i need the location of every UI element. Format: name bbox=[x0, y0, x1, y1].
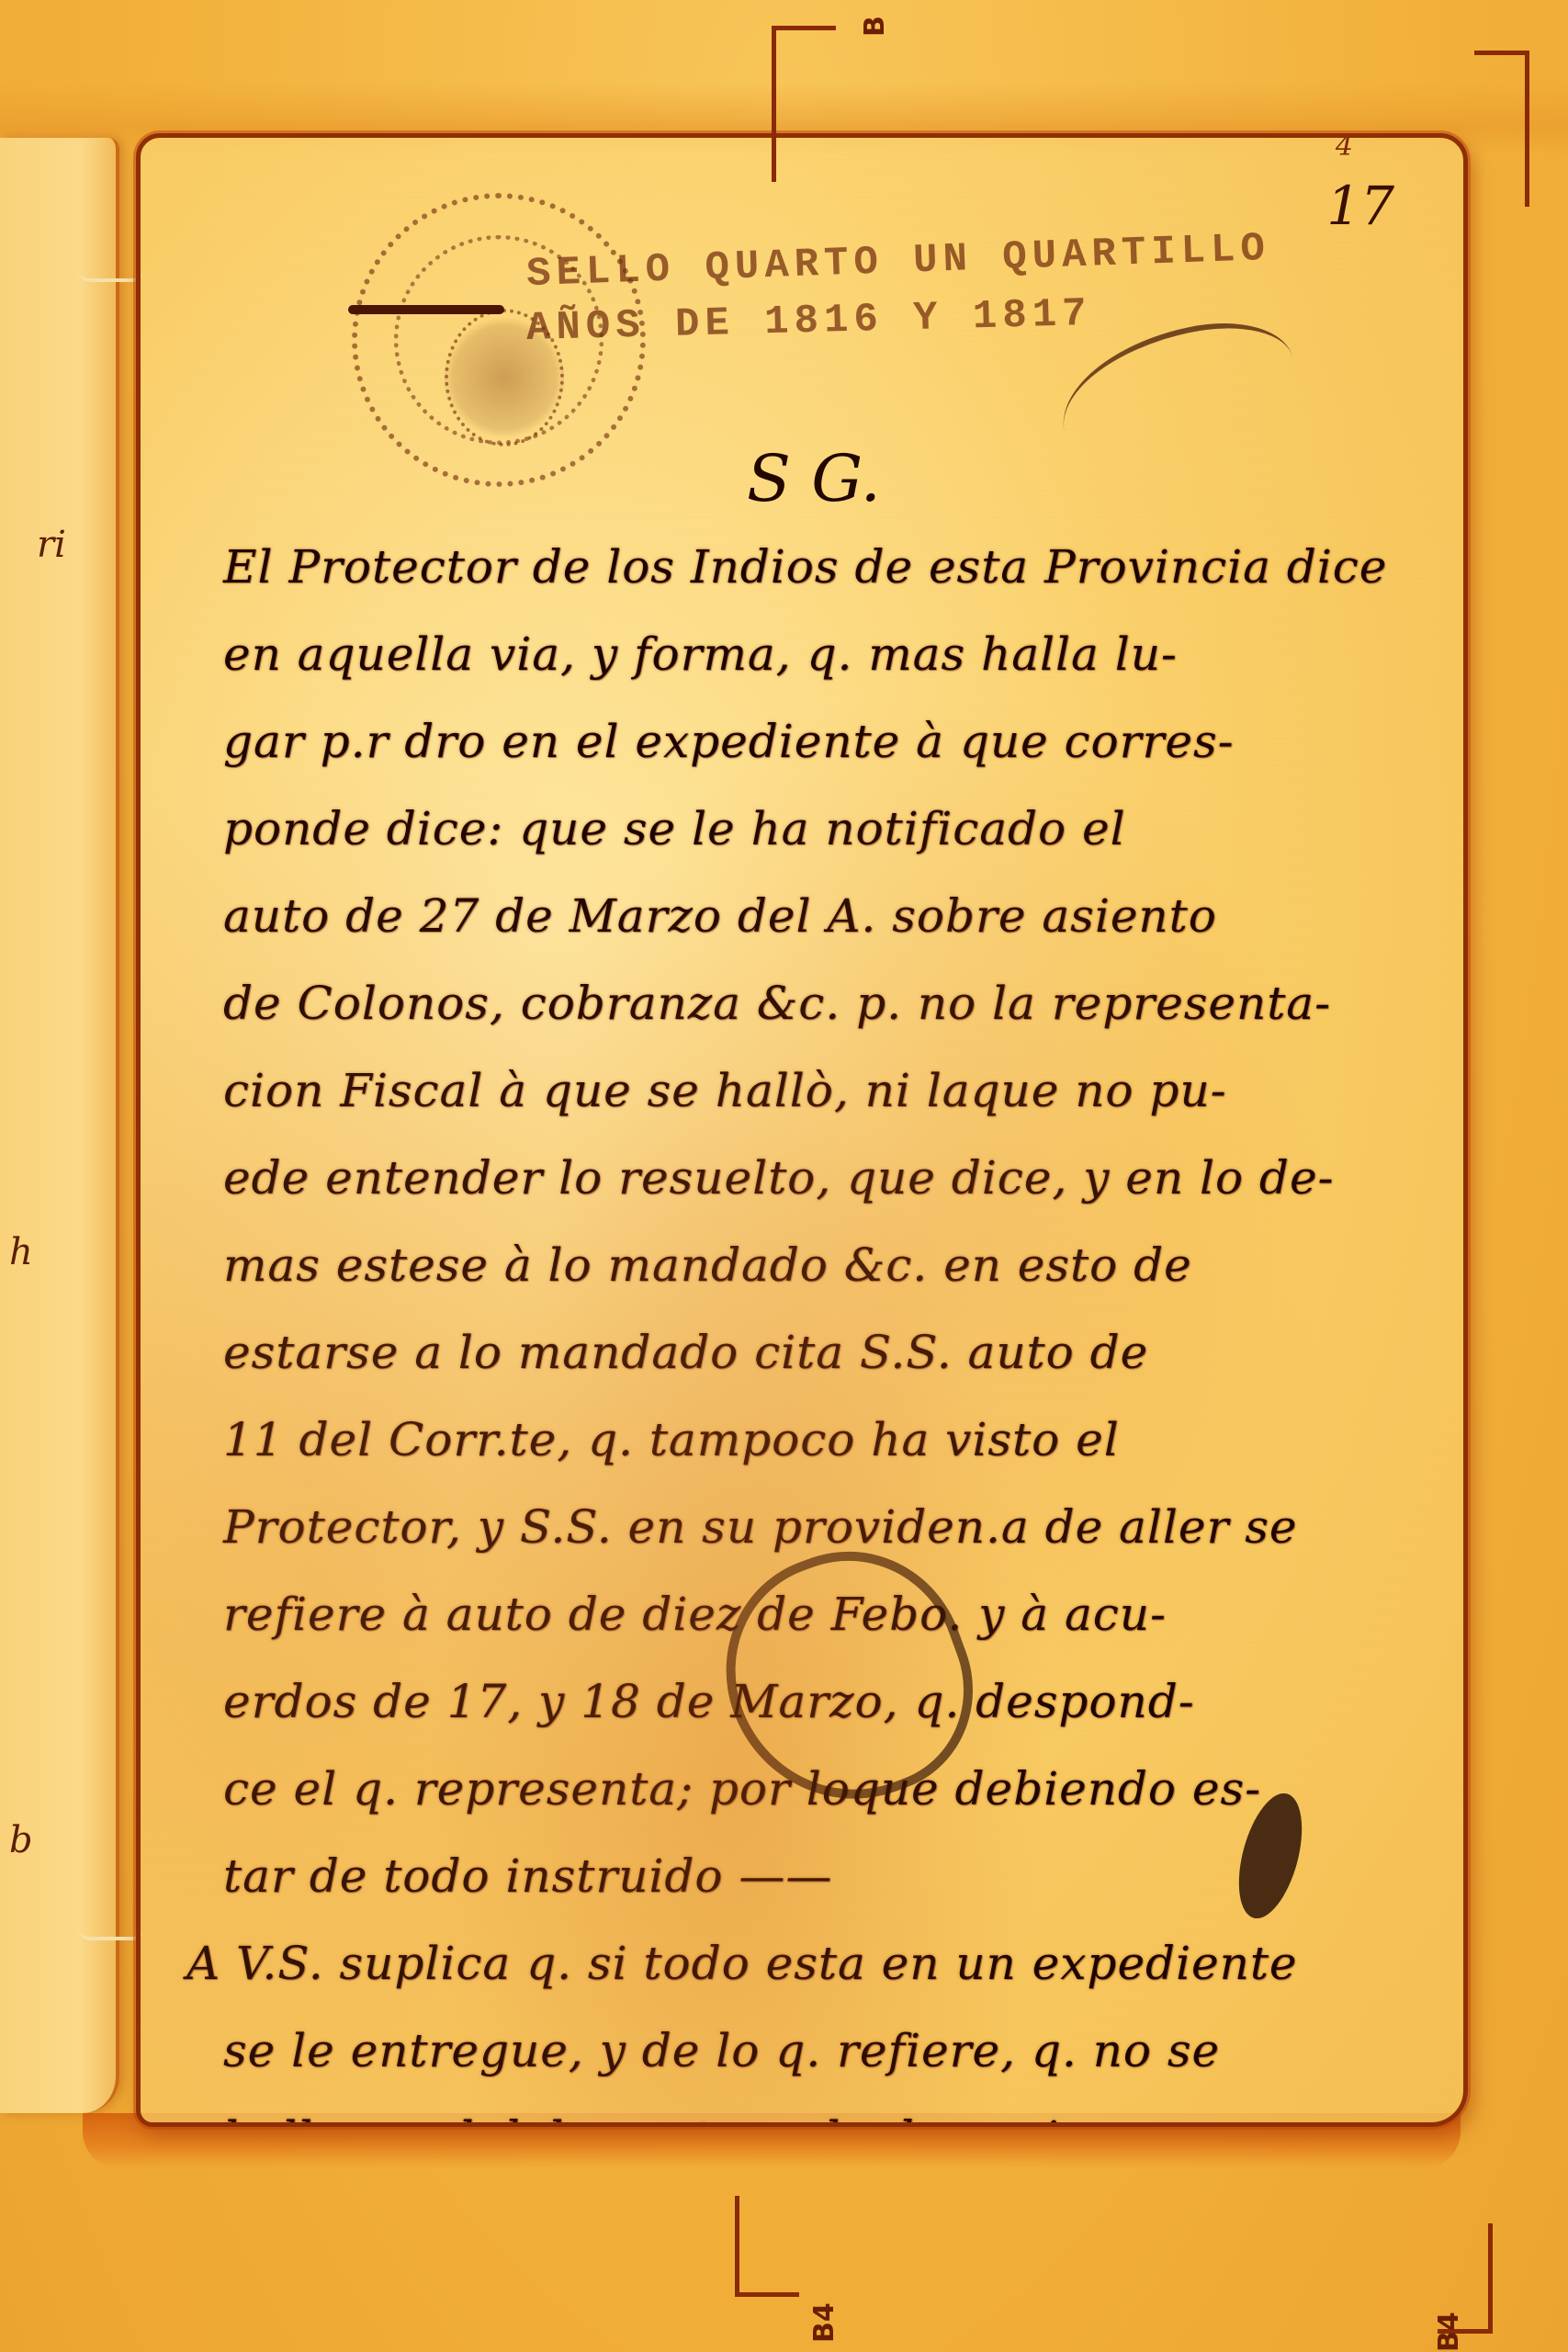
edge-number: 4 bbox=[1336, 133, 1353, 163]
text-line: 11 del Corr.te, q. tampoco ha visto el bbox=[223, 1396, 1417, 1484]
binding-stitch bbox=[79, 1929, 143, 1940]
crop-label-top: B bbox=[859, 16, 891, 37]
crop-mark-top-right bbox=[1474, 51, 1529, 207]
crop-mark-top-left bbox=[772, 26, 836, 182]
seal-ink-bar bbox=[348, 305, 504, 314]
crop-label-bottom-right: B4 bbox=[1433, 2312, 1465, 2352]
salutation-heading: S G. bbox=[747, 441, 881, 516]
text-line: en aquella via, y forma, q. mas halla lu… bbox=[223, 611, 1417, 698]
text-line: gar p.r dro en el expediente à que corre… bbox=[223, 698, 1417, 786]
text-line: mas estese à lo mandado &c. en esto de bbox=[223, 1222, 1417, 1309]
left-page-mark: ri bbox=[37, 524, 66, 566]
text-line: ede entender lo resuelto, que dice, y en… bbox=[223, 1135, 1417, 1222]
left-page-mark: h bbox=[9, 1231, 33, 1273]
binding-stitch bbox=[79, 271, 143, 282]
text-line: A V.S. suplica q. si todo esta en un exp… bbox=[186, 1920, 1417, 2007]
left-facing-page: ri h b bbox=[0, 138, 119, 2113]
page-number: 17 bbox=[1326, 175, 1394, 237]
text-line: cion Fiscal à que se hallò, ni laque no … bbox=[223, 1047, 1417, 1135]
text-line: El Protector de los Indios de esta Provi… bbox=[223, 524, 1417, 611]
text-line: ponde dice: que se le ha notificado el bbox=[223, 786, 1417, 873]
stamp-text-line-1: SELLO QUARTO UN QUARTILLO bbox=[525, 226, 1270, 298]
crop-mark-bottom-left bbox=[735, 2196, 799, 2297]
text-line: de Colonos, cobranza &c. p. no la repres… bbox=[223, 960, 1417, 1047]
crop-label-bottom-left: B4 bbox=[808, 2302, 840, 2343]
text-line: halle en el del asunto se le de copia bbox=[223, 2095, 1417, 2127]
manuscript-page: 4 17 SELLO QUARTO UN QUARTILLO AÑOS DE 1… bbox=[136, 133, 1468, 2127]
text-line: se le entregue, y de lo q. refiere, q. n… bbox=[223, 2007, 1417, 2095]
left-page-mark: b bbox=[9, 1819, 33, 1861]
text-line: auto de 27 de Marzo del A. sobre asiento bbox=[223, 873, 1417, 960]
text-line: estarse a lo mandado cita S.S. auto de bbox=[223, 1309, 1417, 1396]
